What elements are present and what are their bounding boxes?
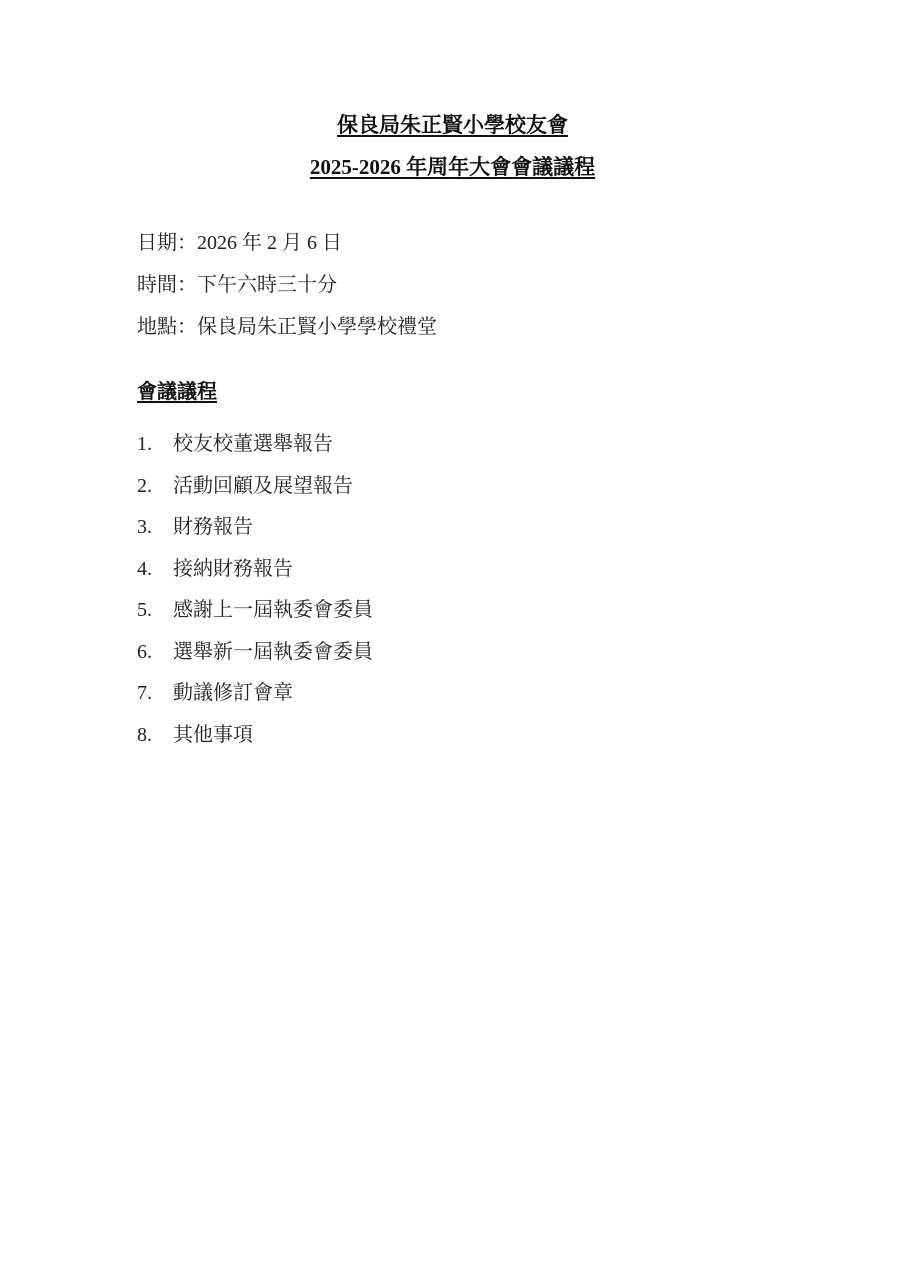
agenda-item: 8. 其他事項 — [137, 721, 373, 763]
agenda-item-number: 2. — [137, 472, 173, 500]
document-page: 保良局朱正賢小學校友會 2025-2026 年周年大會會議議程 日期：2026 … — [0, 0, 905, 1280]
meeting-title: 2025-2026 年周年大會會議議程 — [0, 153, 905, 181]
meeting-date: 日期：2026 年 2 月 6 日 — [137, 229, 342, 257]
agenda-item-label: 其他事項 — [173, 721, 253, 749]
agenda-heading: 會議議程 — [137, 378, 217, 406]
agenda-item-number: 8. — [137, 721, 173, 749]
agenda-item-label: 選舉新一屆執委會委員 — [173, 638, 373, 666]
agenda-item: 2. 活動回顧及展望報告 — [137, 472, 373, 514]
agenda-item-number: 3. — [137, 513, 173, 541]
agenda-item: 6. 選舉新一屆執委會委員 — [137, 638, 373, 680]
agenda-item-label: 財務報告 — [173, 513, 253, 541]
agenda-item-number: 5. — [137, 596, 173, 624]
agenda-item: 3. 財務報告 — [137, 513, 373, 555]
agenda-item-number: 1. — [137, 430, 173, 458]
agenda-item-label: 活動回顧及展望報告 — [173, 472, 353, 500]
agenda-item-label: 接納財務報告 — [173, 555, 293, 583]
agenda-item-number: 4. — [137, 555, 173, 583]
meeting-time: 時間：下午六時三十分 — [137, 271, 337, 299]
agenda-item-number: 7. — [137, 679, 173, 707]
agenda-item: 4. 接納財務報告 — [137, 555, 373, 597]
agenda-item-label: 動議修訂會章 — [173, 679, 293, 707]
meeting-venue: 地點：保良局朱正賢小學學校禮堂 — [137, 313, 437, 341]
agenda-item: 5. 感謝上一屆執委會委員 — [137, 596, 373, 638]
agenda-item: 7. 動議修訂會章 — [137, 679, 373, 721]
agenda-item-number: 6. — [137, 638, 173, 666]
organization-title: 保良局朱正賢小學校友會 — [0, 111, 905, 139]
agenda-item-label: 感謝上一屆執委會委員 — [173, 596, 373, 624]
agenda-item: 1. 校友校董選舉報告 — [137, 430, 373, 472]
agenda-item-label: 校友校董選舉報告 — [173, 430, 333, 458]
agenda-list: 1. 校友校董選舉報告 2. 活動回顧及展望報告 3. 財務報告 4. 接納財務… — [137, 430, 373, 762]
